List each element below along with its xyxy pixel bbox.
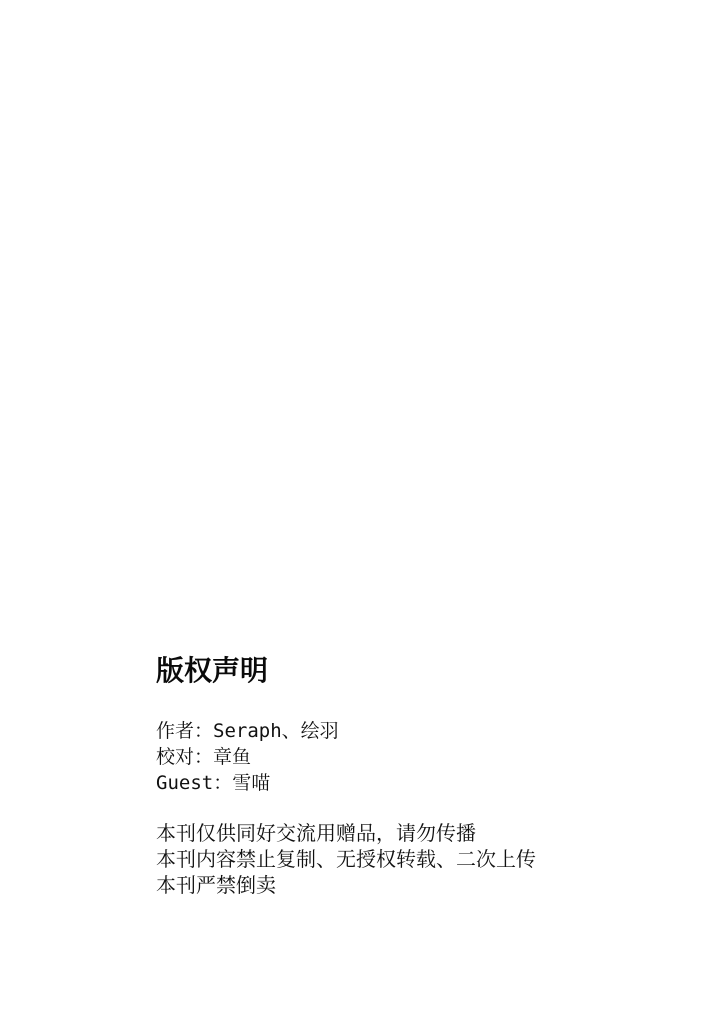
copyright-notice: 版权声明 作者：Seraph、绘羽 校对：章鱼 Guest：雪喵 本刊仅供同好交… (156, 652, 536, 898)
notice-body: 本刊仅供同好交流用赠品，请勿传播 本刊内容禁止复制、无授权转载、二次上传 本刊严… (156, 820, 536, 898)
notice-line: 本刊严禁倒卖 (156, 872, 536, 898)
notice-line: 本刊仅供同好交流用赠品，请勿传播 (156, 820, 536, 846)
credit-author: 作者：Seraph、绘羽 (156, 718, 536, 744)
credit-label: 作者： (156, 720, 213, 742)
credit-guest: Guest：雪喵 (156, 770, 536, 796)
credit-value: 章鱼 (213, 746, 251, 768)
credit-proofreader: 校对：章鱼 (156, 744, 536, 770)
notice-line: 本刊内容禁止复制、无授权转载、二次上传 (156, 846, 536, 872)
credit-value: Seraph、绘羽 (213, 720, 339, 742)
credits-block: 作者：Seraph、绘羽 校对：章鱼 Guest：雪喵 (156, 718, 536, 796)
credit-value: 雪喵 (232, 772, 270, 794)
credit-label: 校对： (156, 746, 213, 768)
credit-label: Guest： (156, 772, 232, 794)
notice-title: 版权声明 (156, 652, 536, 690)
